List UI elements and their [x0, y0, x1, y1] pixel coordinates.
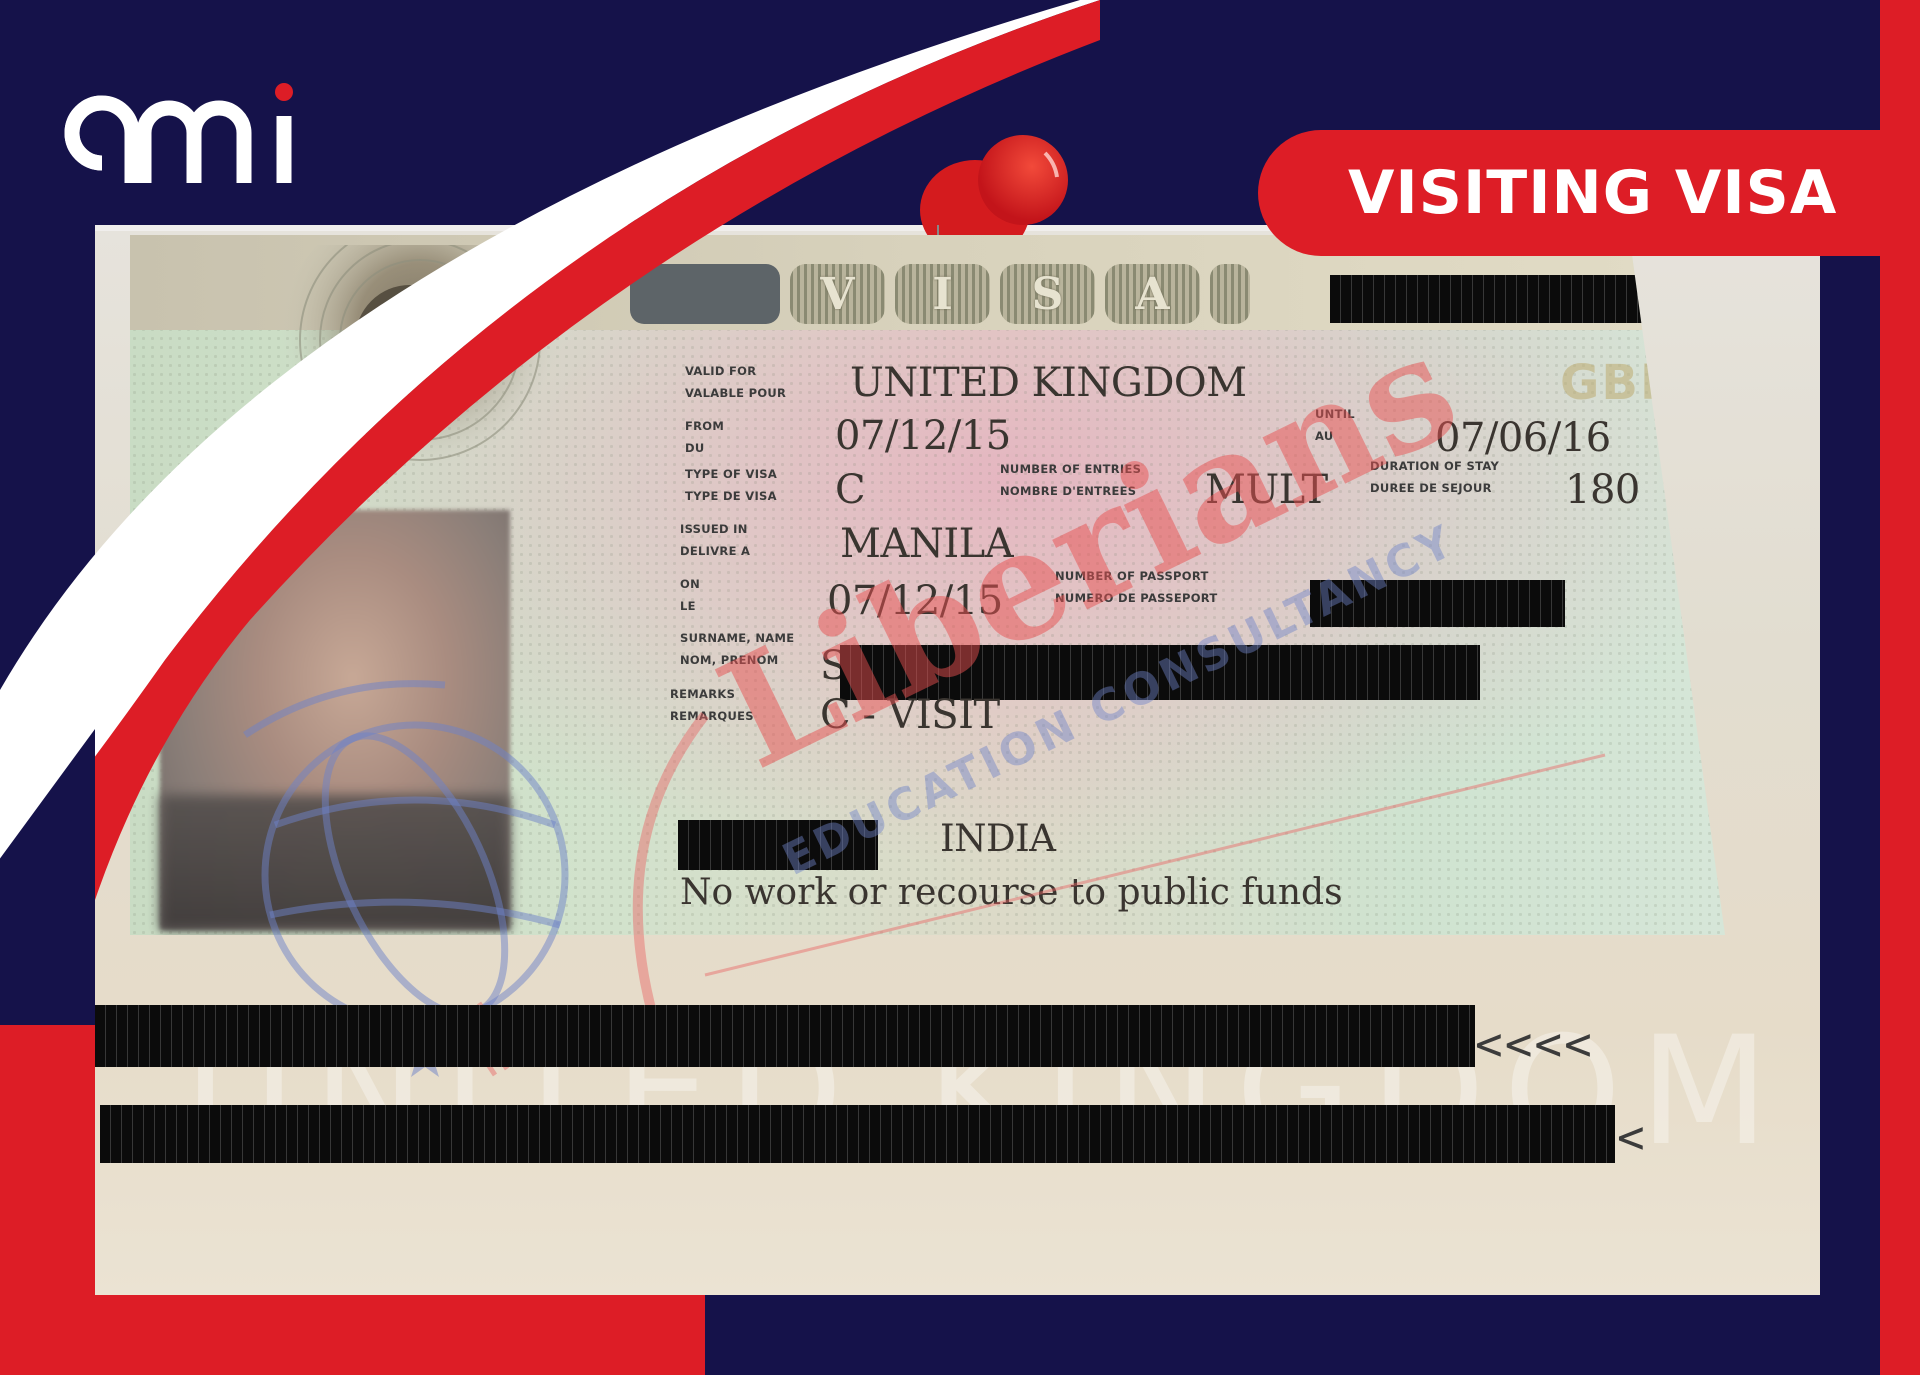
label-days: DAYS JOURS: [1735, 457, 1777, 501]
red-bottom-block: [0, 1295, 705, 1375]
value-duration-of-stay: 180: [1565, 467, 1640, 513]
ami-logo: [62, 78, 322, 188]
label-valid-for: VALID FOR VALABLE POUR: [685, 360, 786, 404]
visa-title: V I S A: [630, 263, 1305, 325]
redacted-mrz-line-2: [100, 1105, 1615, 1163]
mrz-line-2-tail: <: [1617, 1110, 1647, 1164]
label-on: ON LE: [680, 573, 700, 617]
label-issued-in: ISSUED IN DELIVRE A: [680, 518, 750, 562]
label-from: FROM DU: [685, 415, 724, 459]
mrz-line-1-tail: <<<<: [1475, 1017, 1594, 1071]
visiting-visa-badge: VISITING VISA: [1258, 130, 1920, 256]
pushpin-icon: [905, 125, 1075, 235]
label-type-of-visa: TYPE OF VISA TYPE DE VISA: [685, 463, 777, 507]
value-from: 07/12/15: [835, 413, 1011, 459]
redacted-mrz-line-1: [95, 1005, 1475, 1067]
badge-label: VISITING VISA: [1348, 158, 1837, 228]
value-valid-for: UNITED KINGDOM: [850, 360, 1247, 406]
value-type-of-visa: C: [835, 467, 865, 513]
visa-document-photo: V I S A GBR VALID FOR VALABLE POUR UNITE…: [95, 225, 1820, 1295]
country-code-watermark: GBR: [1560, 355, 1679, 411]
hologram-seal-icon: [260, 245, 590, 485]
